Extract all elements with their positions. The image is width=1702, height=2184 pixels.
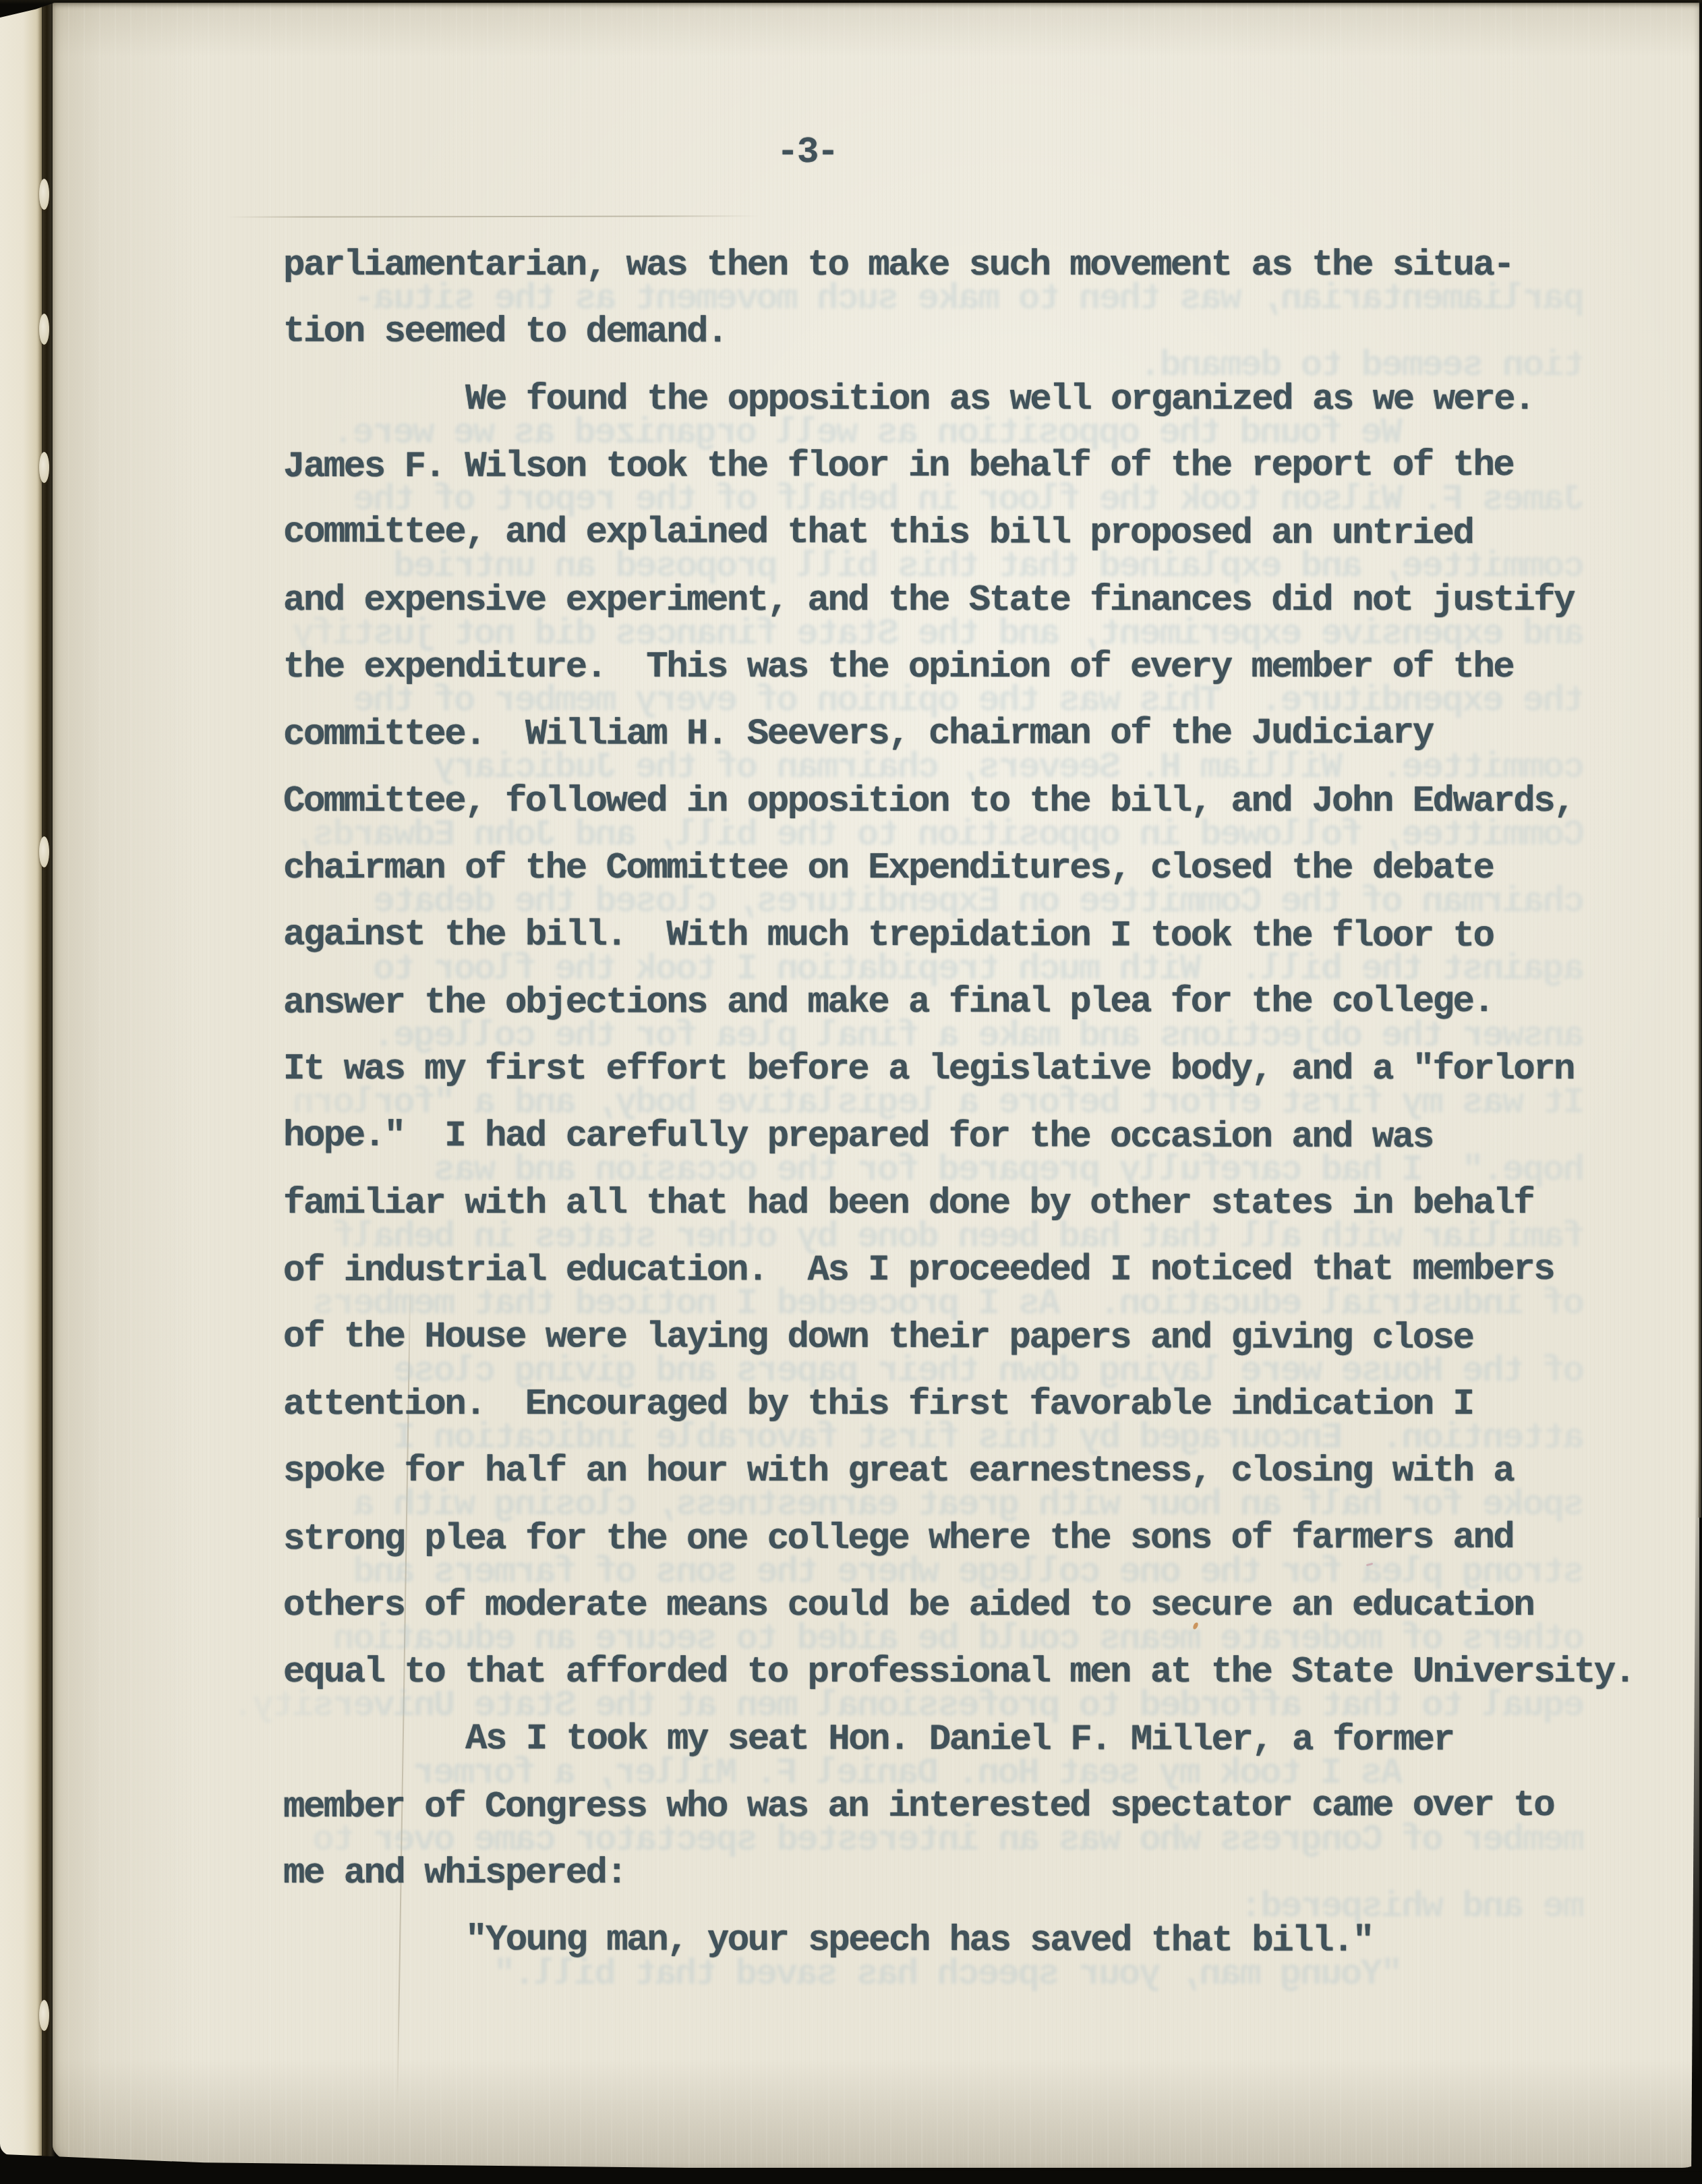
page-number: -3- xyxy=(777,135,838,171)
typed-line: committee. William H. Seevers, chairman … xyxy=(283,716,1433,753)
typed-line: tion seemed to demand. xyxy=(283,314,727,351)
typed-line: familiar with all that had been done by … xyxy=(283,1186,1533,1222)
typed-line: of industrial education. As I proceeded … xyxy=(283,1252,1554,1290)
document-scan: { "document": { "kind": "typewritten man… xyxy=(0,0,1702,2184)
typed-line: James F. Wilson took the floor in behalf… xyxy=(283,448,1513,486)
typed-line: me and whispered: xyxy=(283,1856,626,1892)
typed-line: equal to that afforded to professional m… xyxy=(283,1655,1635,1691)
typed-line: answer the objections and make a final p… xyxy=(283,984,1493,1022)
typed-line: parliamentarian, was then to make such m… xyxy=(283,248,1513,284)
typed-line: It was my first effort before a legislat… xyxy=(283,1052,1574,1088)
typed-line: spoke for half an hour with great earnes… xyxy=(283,1454,1513,1490)
typed-line: "Young man, your speech has saved that b… xyxy=(465,1922,1373,1960)
typed-line: member of Congress who was an interested… xyxy=(283,1788,1554,1826)
typed-line: strong plea for the one college where th… xyxy=(283,1520,1513,1558)
typed-line: Committee, followed in opposition to the… xyxy=(283,784,1574,820)
typed-line: chairman of the Committee on Expenditure… xyxy=(283,851,1493,887)
typed-text: -3- parliamentarian, was then to make su… xyxy=(0,0,1702,2184)
typed-line: of the House were laying down their pape… xyxy=(283,1319,1473,1357)
typed-line: and expensive experiment, and the State … xyxy=(283,583,1574,619)
typed-line: As I took my seat Hon. Daniel F. Miller,… xyxy=(465,1721,1453,1759)
typed-line: the expenditure. This was the opinion of… xyxy=(283,650,1513,686)
typed-line: hope." I had carefully prepared for the … xyxy=(283,1118,1433,1156)
typed-line: others of moderate means could be aided … xyxy=(283,1588,1533,1624)
typed-line: against the bill. With much trepidation … xyxy=(283,917,1493,954)
typed-line: We found the opposition as well organize… xyxy=(465,382,1534,418)
typed-line: attention. Encouraged by this first favo… xyxy=(283,1387,1473,1423)
typed-line: committee, and explained that this bill … xyxy=(283,515,1473,552)
